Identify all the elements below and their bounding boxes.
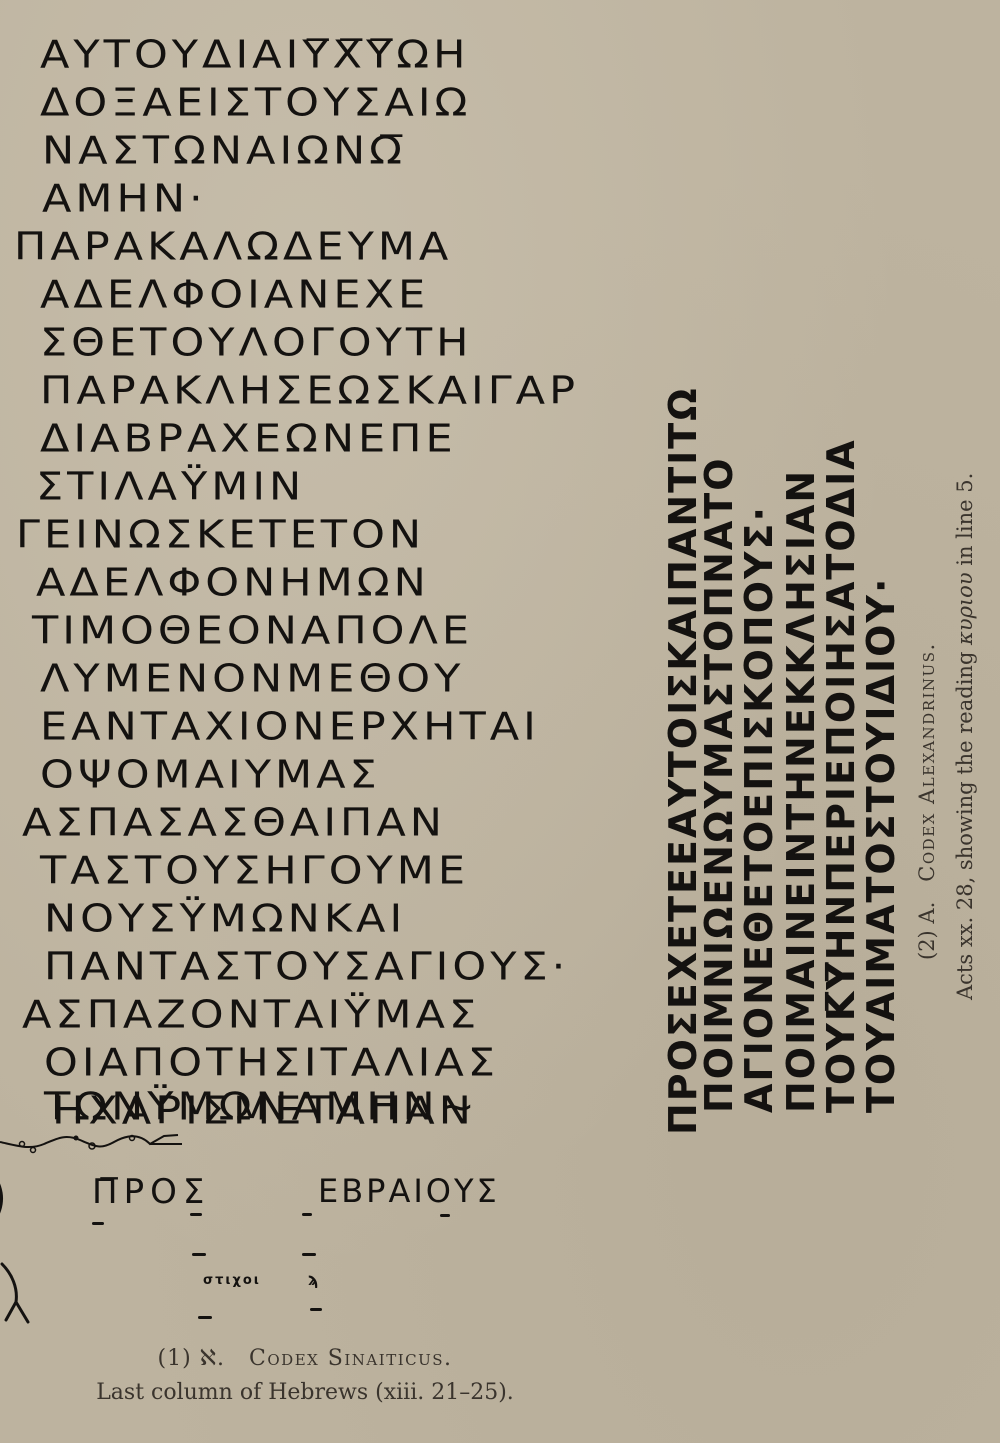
manuscript-line: ΠΑΝΤΑΣΤΟΥΣΑΓΙΟΥΣ· <box>44 948 569 987</box>
caption-greek-reading: κυριου <box>953 572 977 645</box>
caption-siglum: ℵ. <box>200 1346 225 1371</box>
manuscript-line: ΣΤΙΛΑΫΜΙΝ <box>36 468 305 507</box>
manuscript-line: ΝΟΥΣΫΜΩΝΚΑΙ <box>44 900 406 939</box>
paren-ornament-icon: ) <box>0 1165 8 1230</box>
caption-manuscript-name: Codex Alexandrinus. <box>915 642 939 881</box>
manuscript-line: ΑΓΙΟΝΕΘΕΤΟΕΠΙΣΚΟΠΟΥΣ· <box>740 505 778 1113</box>
stichoi-label: στιχοι <box>203 1273 261 1288</box>
manuscript-line: ΑΥΤΟΥΔΙΑΙΥ̅Χ̅Υ̅ΩΗ <box>40 36 469 75</box>
caption-description-prefix: Acts xx. 28, showing the reading <box>953 645 977 1000</box>
manuscript-line: ΑΣΠΑΣΑΣΘΑΙΠΑΝ <box>22 804 446 843</box>
subscription-dash <box>190 1213 202 1216</box>
manuscript-line: ΔΙΑΒΡΑΧΕΩΝΕΠΕ <box>40 420 457 459</box>
manuscript-line: ΟΙΑΠΟΤΗΣΙΤΑΛΙΑΣ <box>44 1044 499 1083</box>
caption-number: (2) <box>915 930 939 960</box>
caption-number: (1) <box>157 1346 191 1371</box>
manuscript-line: ΤΟΥΚ̅Υ̅ΗΝΠΕΡΙΕΠΟΙΗΣΑΤΟΔΙΑ <box>822 438 860 1113</box>
subscription-dash <box>302 1213 312 1216</box>
stichoi-count: ϡ <box>308 1270 319 1290</box>
manuscript-line: ΟΨΟΜΑΙΥΜΑΣ <box>40 756 381 795</box>
codex-sinaiticus-facsimile: ΑΥΤΟΥΔΙΑΙΥ̅Χ̅Υ̅ΩΗ ΔΟΞΑΕΙΣΤΟΥΣΑΙΩ ΝΑΣΤΩΝΑ… <box>0 0 600 1443</box>
book-plate: ΑΥΤΟΥΔΙΑΙΥ̅Χ̅Υ̅ΩΗ ΔΟΞΑΕΙΣΤΟΥΣΑΙΩ ΝΑΣΤΩΝΑ… <box>0 0 1000 1443</box>
manuscript-line: ΑΔΕΛΦΟΝΗΜΩΝ <box>36 564 430 603</box>
manuscript-line: ΣΘΕΤΟΥΛΟΓΟΥΤΗ <box>40 324 473 363</box>
caption-description: Acts xx. 28, showing the reading κυριου … <box>942 440 988 1000</box>
manuscript-line: ΠΟΙΜΑΙΝΕΙΝΤΗΝΕΚΚΛΗΣΙΑΝ <box>782 469 820 1113</box>
caption-manuscript-name: Codex Sinaiticus. <box>249 1346 452 1371</box>
manuscript-line: ΠΑΡΑΚΑΛΩΔΕΥΜΑ <box>14 228 452 267</box>
manuscript-line: ΤΟΥΑΙΜΑΤΟΣΤΟΥΙΔΙΟΥ· <box>862 577 900 1113</box>
subscription-word-pros: Π̅ΡΟΣ <box>92 1172 210 1212</box>
manuscript-line: ΤΩΝΫΜΩΝΑΜΗΝ~ <box>44 1088 479 1127</box>
manuscript-line: ΑΔΕΛΦΟΙΑΝΕΧΕ <box>40 276 429 315</box>
manuscript-line: ΠΑΡΑΚΛΗΣΕΩΣΚΑΙΓΑΡ <box>40 372 579 411</box>
subscription-dash <box>440 1214 450 1217</box>
subscription-dash <box>192 1253 206 1256</box>
subscription-dash <box>302 1253 316 1256</box>
manuscript-line: ΤΙΜΟΘΕΟΝΑΠΟΛΕ <box>32 612 473 651</box>
subscription-dash <box>198 1316 212 1319</box>
manuscript-line: ΕΑΝΤΑΧΙΟΝΕΡΧΗΤΑΙ <box>40 708 540 747</box>
subscription-dash <box>310 1308 322 1311</box>
vine-ornament-icon <box>0 1130 185 1160</box>
caption-siglum: A. <box>915 902 939 924</box>
manuscript-line: ΓΕΙΝΩΣΚΕΤΕΤΟΝ <box>16 516 425 555</box>
caption-alexandrinus: (2) A. Codex Alexandrinus. Acts xx. 28, … <box>912 440 988 1000</box>
caption-sinaiticus: (1) ℵ. Codex Sinaiticus. Last column of … <box>70 1342 540 1410</box>
manuscript-line: ΔΟΞΑΕΙΣΤΟΥΣΑΙΩ <box>40 84 471 123</box>
hook-ornament-icon <box>0 1262 40 1324</box>
subscription-word-ebraious: ΕΒΡΑΙΟΥΣ <box>318 1172 500 1210</box>
caption-title: (2) A. Codex Alexandrinus. <box>912 440 942 1000</box>
caption-description: Last column of Hebrews (xiii. 21–25). <box>70 1376 540 1410</box>
manuscript-line: ΑΜΗΝ· <box>42 180 207 219</box>
manuscript-line: ΝΑΣΤΩΝΑΙΩΝΩ̅ <box>42 132 406 171</box>
caption-description-suffix: in line 5. <box>953 473 977 573</box>
manuscript-line: ΠΟΙΜΝΙΩΕΝΩΥΜΑΣΤΟΠΝΑΤΟ <box>700 456 738 1113</box>
caption-title: (1) ℵ. Codex Sinaiticus. <box>70 1342 540 1376</box>
manuscript-line: ΑΣΠΑΖΟΝΤΑΙΫΜΑΣ <box>22 996 480 1035</box>
subscription-dash <box>92 1222 104 1225</box>
manuscript-line: ΛΥΜΕΝΟΝΜΕΘΟΥ <box>40 660 464 699</box>
manuscript-line: ΤΑΣΤΟΥΣΗΓΟΥΜΕ <box>40 852 469 891</box>
codex-alexandrinus-facsimile: ΠΡΟΣΕΧΕΤΕΕΑΥΤΟΙΣΚΑΙΠΑΝΤΙΤΩ ΠΟΙΜΝΙΩΕΝΩΥΜΑ… <box>658 255 893 1135</box>
